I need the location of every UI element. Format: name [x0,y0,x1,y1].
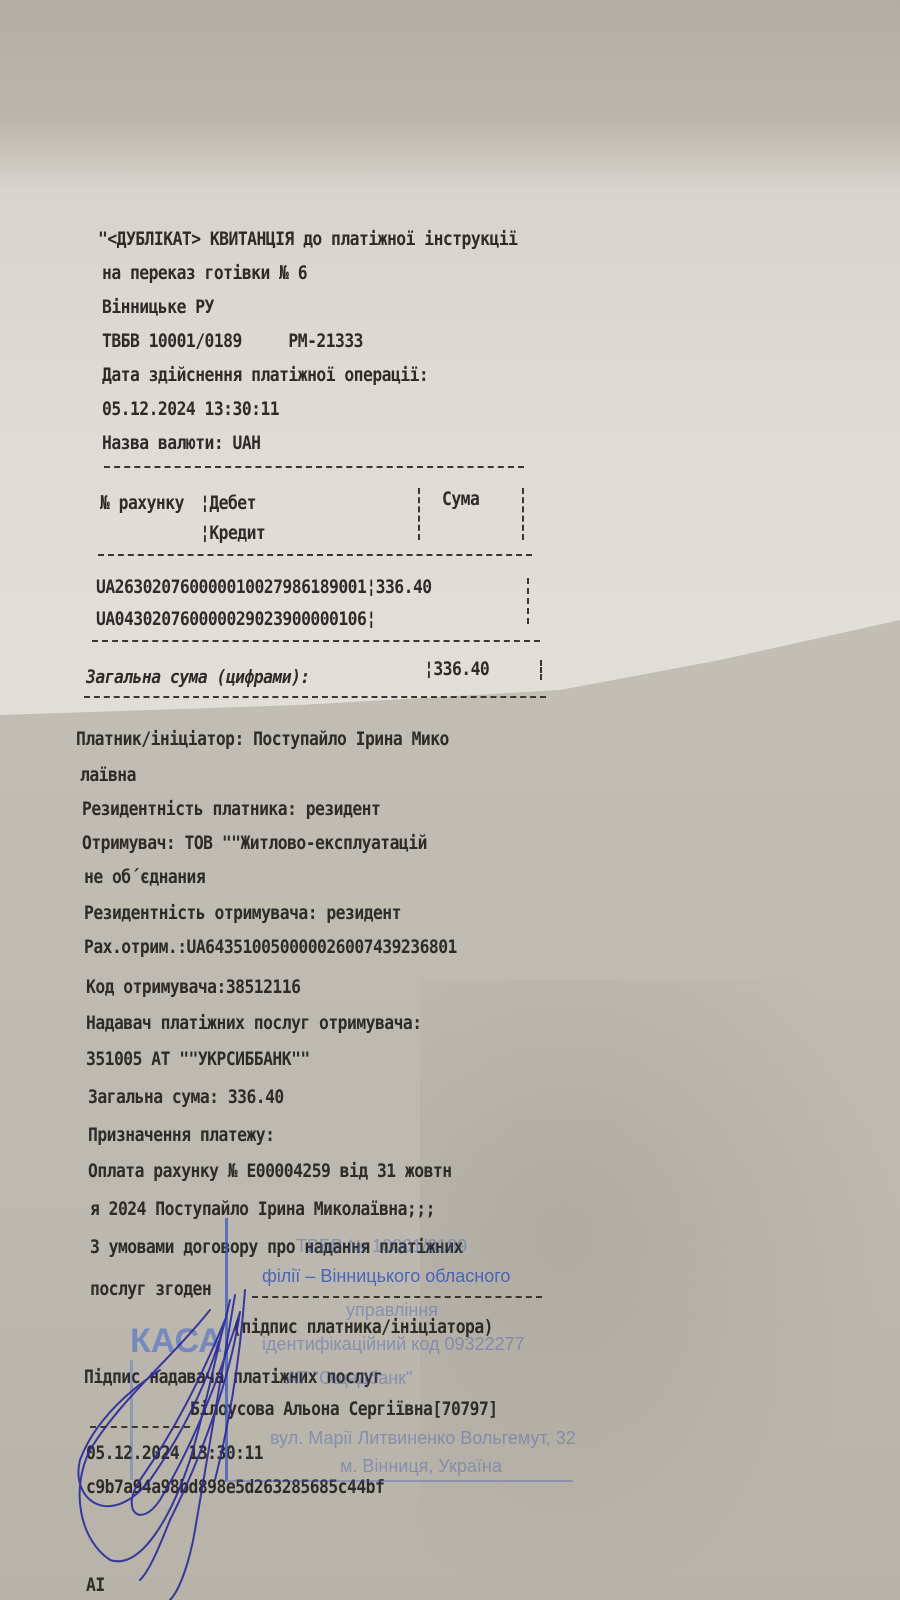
divider [98,554,532,556]
agreement-text-continued: послуг згоден [90,1278,211,1300]
stamp-kasa-label: КАСА [130,1322,223,1361]
total-label: Загальна сума (цифрами): [86,666,310,688]
table-row-debit: UA263020760000010027986189001¦336.40 [96,576,432,598]
table-separator [540,660,542,680]
operation-date-label: Дата здійснення платіжної операції: [102,364,428,386]
col-debit-header: ¦Дебет [200,492,256,514]
receipt-title: "<ДУБЛІКАТ> КВИТАНЦІЯ до платіжної інстр… [98,228,517,250]
stamp-line-bank: АТ "Ощадбанк" [286,1368,412,1389]
col-credit-header: ¦Кредит [200,522,265,544]
payment-purpose-continued: я 2024 Поступайло Ірина Миколаївна;;; [90,1198,435,1220]
stamp-line-branch: філії – Вінницького обласного [262,1266,510,1287]
total-amount: Загальна сума: 336.40 [88,1086,284,1108]
recipient-account: Рах.отрим.:UA643510050000026007439236801 [84,936,457,958]
receipt-subtitle: на переказ готівки № 6 [102,262,307,284]
payer: Платник/ініціатор: Поступайло Ірина Мико [76,728,449,750]
operation-datetime: 05.12.2024 13:30:11 [102,398,279,420]
recipient-bank: 351005 АТ ""УКРСИББАНК"" [86,1048,310,1070]
branch-name: Вінницьке РУ [102,296,214,318]
divider [92,640,540,642]
branch-codes: ТВБВ 10001/0189 РМ-21333 [102,330,363,352]
table-row-credit: UA043020760000029023900000106¦ [96,608,376,630]
currency: Назва валюти: UAH [102,432,260,454]
total-value: ¦336.40 [424,658,489,680]
recipient-continued: не об´єднания [84,866,205,888]
payment-purpose-label: Призначення платежу: [88,1124,274,1146]
divider [104,466,524,468]
payer-continued: лаївна [80,764,136,786]
stamp-line-street: вул. Марії Литвиненко Вольгемут, 32 [270,1428,576,1449]
table-separator [527,578,529,624]
divider [84,696,546,698]
recipient: Отримувач: ТОВ ""Житлово-експлуатацій [82,832,427,854]
table-separator [522,488,524,540]
stamp-line-city: м. Вінниця, Україна [340,1456,502,1477]
col-account-header: № рахунку [100,492,184,514]
recipient-residency: Резидентність отримувача: резидент [84,902,401,924]
col-sum-header: Сума [442,488,479,510]
stamp-line-department: управління [346,1300,438,1321]
stamp-line-id-code: ідентифікаційний код 09322277 [262,1334,525,1355]
payer-residency: Резидентність платника: резидент [82,798,380,820]
footer-fragment: АІ [86,1574,105,1596]
stamp-top-text: ТВБВ № 10001/0189 [296,1236,467,1257]
kasa-stamp-border [130,1360,203,1480]
payment-purpose: Оплата рахунку № Е00004259 від 31 жовтн [88,1160,452,1182]
recipient-code: Код отримувача:38512116 [86,976,300,998]
table-separator [418,488,420,540]
recipient-bank-label: Надавач платіжних послуг отримувача: [86,1012,422,1034]
